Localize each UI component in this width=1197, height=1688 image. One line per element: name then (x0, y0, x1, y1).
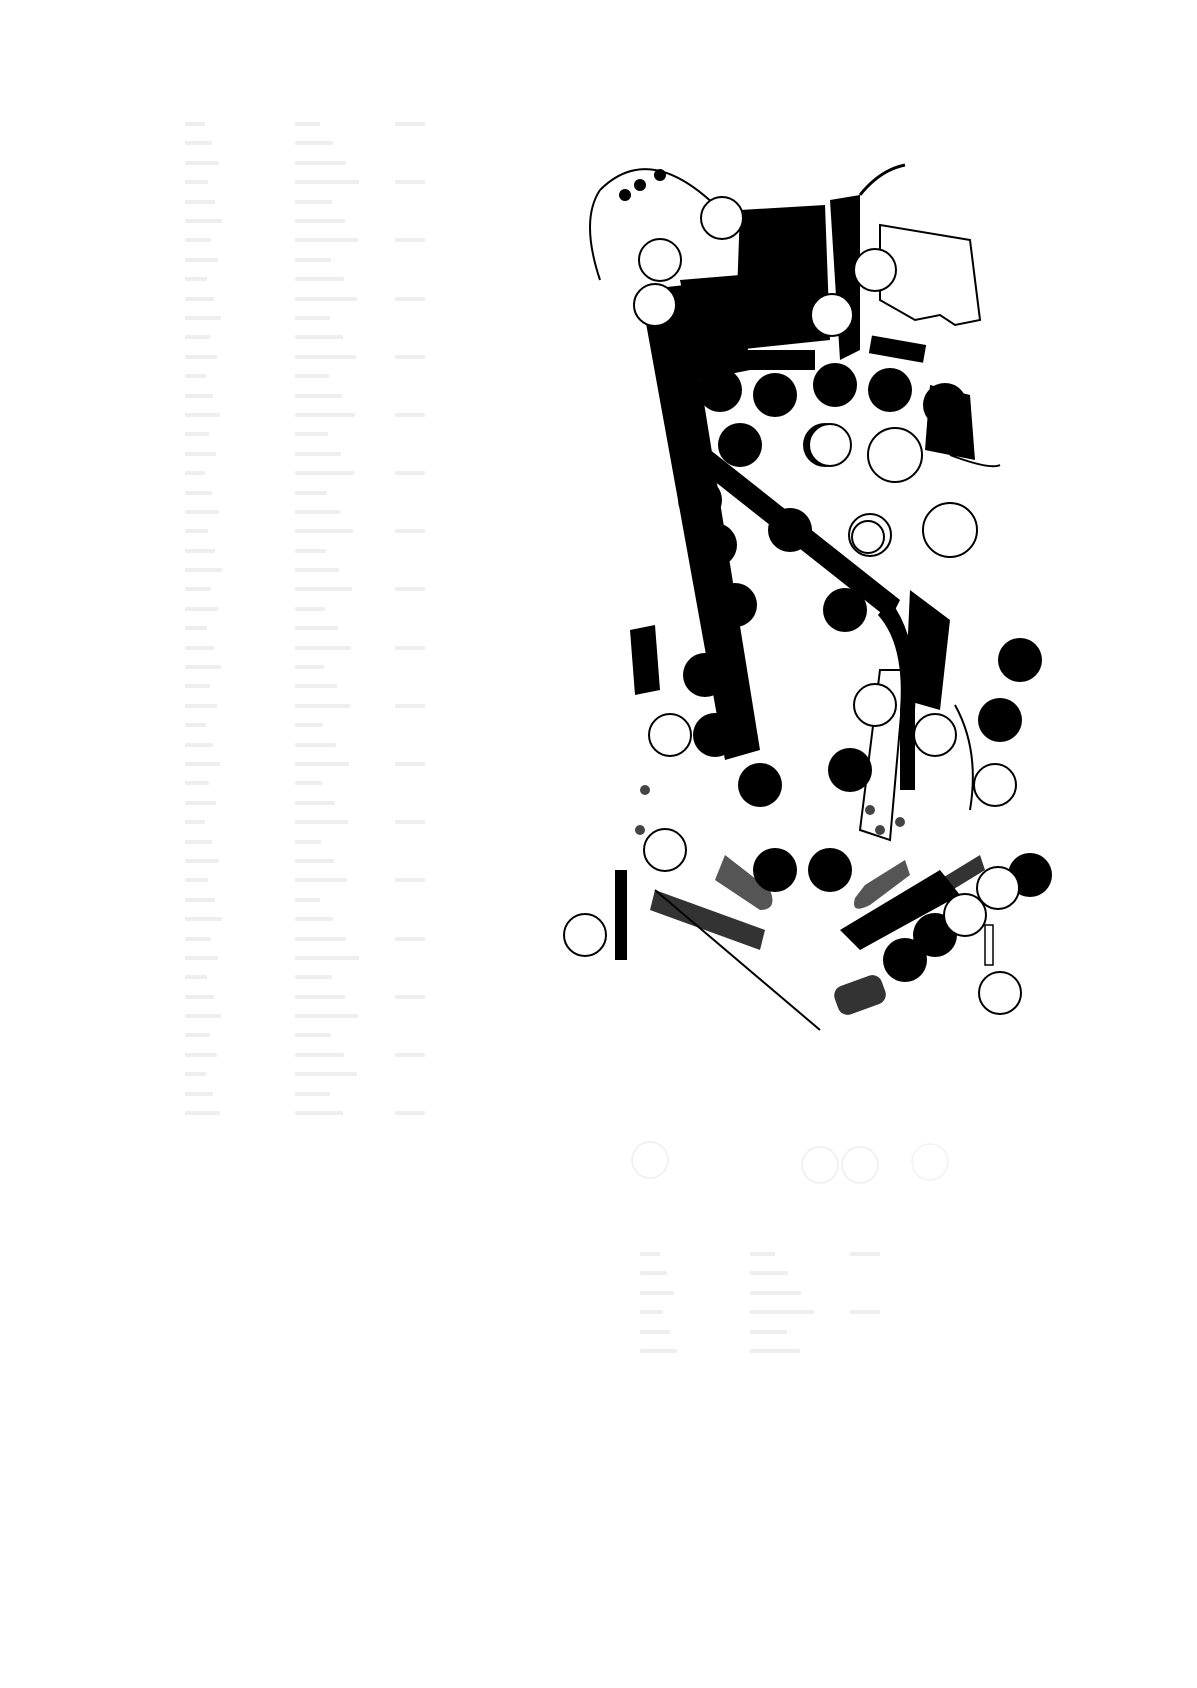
table-row (185, 1065, 445, 1084)
table-row (185, 716, 445, 735)
table-row (185, 852, 445, 871)
table-row (185, 290, 445, 309)
table-row (185, 832, 445, 851)
right-lane-rail (950, 455, 1000, 466)
table-row (640, 1284, 900, 1303)
lamp-filled-icon (928, 408, 972, 452)
lamp-filled-icon (693, 523, 737, 567)
lamp-filled-icon (998, 638, 1042, 682)
lamp-open-icon (564, 914, 606, 956)
table-row (185, 503, 445, 522)
table-row (185, 542, 445, 561)
table-row (640, 1303, 900, 1322)
table-row (640, 1264, 900, 1283)
table-row (185, 173, 445, 192)
table-row (640, 1342, 900, 1361)
lamp-filled-icon (766, 263, 810, 307)
table-row (185, 309, 445, 328)
table-row (185, 251, 445, 270)
table-row (185, 600, 445, 619)
table-row (185, 270, 445, 289)
table-row (185, 949, 445, 968)
lamp-open-icon (923, 503, 977, 557)
table-row (185, 425, 445, 444)
table-row (185, 348, 445, 367)
diagram-legend (620, 1120, 980, 1200)
post-icon (875, 825, 885, 835)
table-row (185, 1007, 445, 1026)
playfield-diagram (560, 150, 1080, 1050)
table-row (185, 522, 445, 541)
lamp-filled-icon (693, 713, 737, 757)
right-scoop (905, 590, 950, 710)
lamp-filled-icon (813, 363, 857, 407)
lamp-table-right (640, 1245, 900, 1361)
lamp-open-icon (979, 972, 1021, 1014)
lamp-filled-icon (768, 508, 812, 552)
table-row (185, 483, 445, 502)
table-row (185, 697, 445, 716)
lamp-filled-icon (713, 583, 757, 627)
table-row (185, 1046, 445, 1065)
lamp-filled-icon (619, 189, 631, 201)
table-row (185, 968, 445, 987)
lamp-filled-icon (678, 478, 722, 522)
table-row (185, 929, 445, 948)
table-row (185, 115, 445, 134)
lamp-filled-icon (808, 848, 852, 892)
left-orbit-rail (590, 190, 600, 280)
lamp-open-icon (639, 239, 681, 281)
left-plunger (615, 870, 627, 960)
table-row (185, 988, 445, 1007)
table-row (185, 154, 445, 173)
table-row (640, 1245, 900, 1264)
table-row (185, 580, 445, 599)
document-page (0, 0, 1197, 1688)
left-drain-rail (655, 890, 820, 1030)
post-icon (865, 805, 875, 815)
lamp-open-icon (868, 428, 922, 482)
table-row (185, 1085, 445, 1104)
table-row (185, 677, 445, 696)
table-row (185, 134, 445, 153)
lamp-open-icon (809, 424, 851, 466)
table-row (185, 386, 445, 405)
right-lane-guide (869, 335, 926, 362)
table-row (185, 774, 445, 793)
top-lane-guide (735, 350, 815, 370)
lamp-filled-icon (823, 588, 867, 632)
right-outer-rail (955, 705, 973, 810)
lamp-filled-icon (718, 423, 762, 467)
lamp-table-left (185, 115, 445, 1123)
table-row (640, 1323, 900, 1342)
table-row (185, 445, 445, 464)
left-saucer (630, 625, 660, 695)
lamp-filled-icon (654, 169, 666, 181)
lamp-open-icon (701, 197, 743, 239)
table-row (185, 794, 445, 813)
lamp-open-icon (649, 714, 691, 756)
right-lane-post (985, 925, 993, 965)
lamp-open-icon (854, 249, 896, 291)
lamp-open-icon (977, 867, 1019, 909)
table-row (185, 639, 445, 658)
post-icon (640, 785, 650, 795)
drain-bumper (831, 972, 888, 1017)
post-icon (635, 825, 645, 835)
table-row (185, 328, 445, 347)
top-right-orbit (860, 165, 905, 195)
table-row (185, 561, 445, 580)
lamp-open-icon (974, 764, 1016, 806)
lamp-filled-icon (753, 848, 797, 892)
table-row (185, 231, 445, 250)
lamp-filled-icon (978, 698, 1022, 742)
lamp-open-icon (811, 294, 853, 336)
lamp-filled-icon (868, 368, 912, 412)
lamp-filled-icon (828, 748, 872, 792)
table-row (185, 658, 445, 677)
table-row (185, 891, 445, 910)
lamp-open-icon (914, 714, 956, 756)
table-row (185, 464, 445, 483)
table-row (185, 619, 445, 638)
lamp-open-icon (644, 829, 686, 871)
table-row (185, 813, 445, 832)
table-row (185, 406, 445, 425)
lamp-open-icon (854, 684, 896, 726)
lamp-filled-icon (634, 179, 646, 191)
table-row (185, 1104, 445, 1123)
table-row (185, 1026, 445, 1045)
table-row (185, 193, 445, 212)
table-row (185, 755, 445, 774)
table-row (185, 736, 445, 755)
table-row (185, 871, 445, 890)
lamp-filled-icon (698, 368, 742, 412)
lamp-open-icon (634, 284, 676, 326)
lamp-filled-icon (738, 763, 782, 807)
table-row (185, 910, 445, 929)
table-row (185, 367, 445, 386)
post-icon (895, 817, 905, 827)
lamp-open-icon (944, 894, 986, 936)
lamp-filled-icon (756, 211, 800, 255)
lamp-filled-icon (753, 373, 797, 417)
table-row (185, 212, 445, 231)
lamp-filled-icon (683, 653, 727, 697)
